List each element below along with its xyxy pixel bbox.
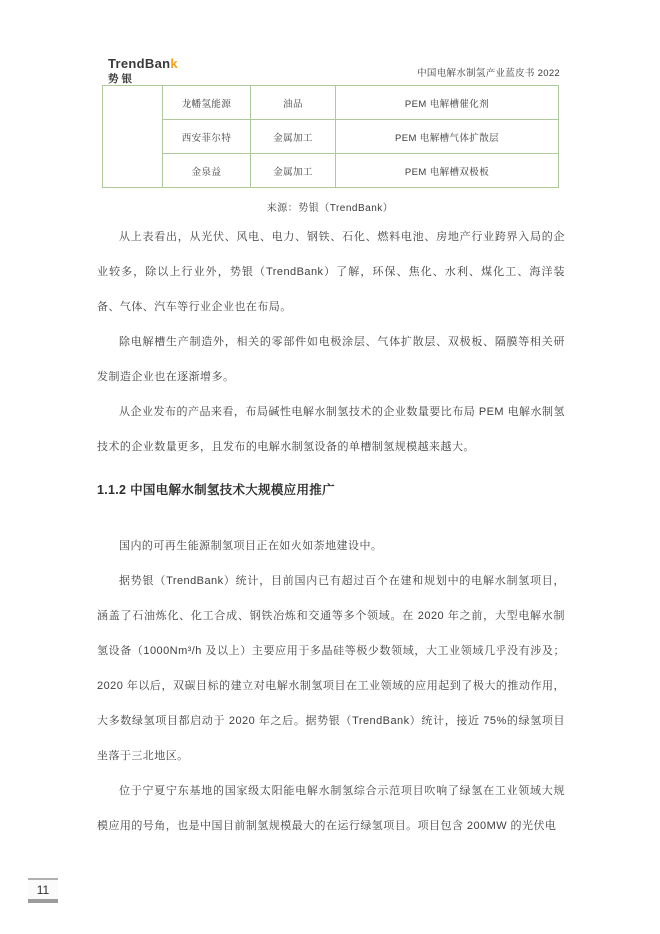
page-number: 11 — [28, 878, 58, 903]
paragraph: 从上表看出，从光伏、风电、电力、钢铁、石化、燃料电池、房地产行业跨界入局的企业较… — [97, 220, 565, 325]
paragraph: 除电解槽生产制造外，相关的零部件如电极涂层、气体扩散层、双极板、隔膜等相关研发制… — [97, 325, 565, 395]
table-source-caption: 来源：势银（TrendBank） — [0, 199, 660, 214]
table-cell-merged-blank — [103, 86, 163, 188]
logo-chinese-name: 势银 — [108, 74, 178, 85]
logo-text-accent: k — [170, 56, 177, 71]
paragraph: 据势银（TrendBank）统计，目前国内已有超过百个在建和规划中的电解水制氢项… — [97, 564, 565, 774]
header-doc-title: 中国电解水制氢产业蓝皮书 2022 — [417, 65, 560, 79]
table-cell-company: 西安菲尔特 — [163, 120, 251, 154]
trendbank-logo: TrendBank 势银 — [108, 56, 178, 85]
section-heading: 1.1.2 中国电解水制氢技术大规模应用推广 — [97, 479, 565, 501]
table-cell-product: PEM 电解槽气体扩散层 — [336, 120, 559, 154]
paragraph: 从企业发布的产品来看，布局碱性电解水制氢技术的企业数量要比布局 PEM 电解水制… — [97, 395, 565, 465]
company-table: 龙幡氢能源 油品 PEM 电解槽催化剂 西安菲尔特 金属加工 PEM 电解槽气体… — [102, 85, 559, 188]
table-cell-company: 金泉益 — [163, 154, 251, 188]
table-cell-product: PEM 电解槽催化剂 — [336, 86, 559, 120]
logo-text-main: TrendBan — [108, 56, 170, 71]
logo-wordmark: TrendBank — [108, 56, 178, 72]
document-page: TrendBank 势银 中国电解水制氢产业蓝皮书 2022 龙幡氢能源 油品 … — [0, 0, 660, 934]
table-cell-industry: 油品 — [251, 86, 336, 120]
table-cell-industry: 金属加工 — [251, 154, 336, 188]
table-cell-industry: 金属加工 — [251, 120, 336, 154]
paragraph: 国内的可再生能源制氢项目正在如火如荼地建设中。 — [97, 529, 565, 564]
table-cell-product: PEM 电解槽双极板 — [336, 154, 559, 188]
body-text-block: 从上表看出，从光伏、风电、电力、钢铁、石化、燃料电池、房地产行业跨界入局的企业较… — [97, 220, 565, 844]
table-row: 龙幡氢能源 油品 PEM 电解槽催化剂 — [103, 86, 559, 120]
paragraph: 位于宁夏宁东基地的国家级太阳能电解水制氢综合示范项目吹响了绿氢在工业领域大规模应… — [97, 774, 565, 844]
table-row: 西安菲尔特 金属加工 PEM 电解槽气体扩散层 — [103, 120, 559, 154]
table-row: 金泉益 金属加工 PEM 电解槽双极板 — [103, 154, 559, 188]
table-cell-company: 龙幡氢能源 — [163, 86, 251, 120]
